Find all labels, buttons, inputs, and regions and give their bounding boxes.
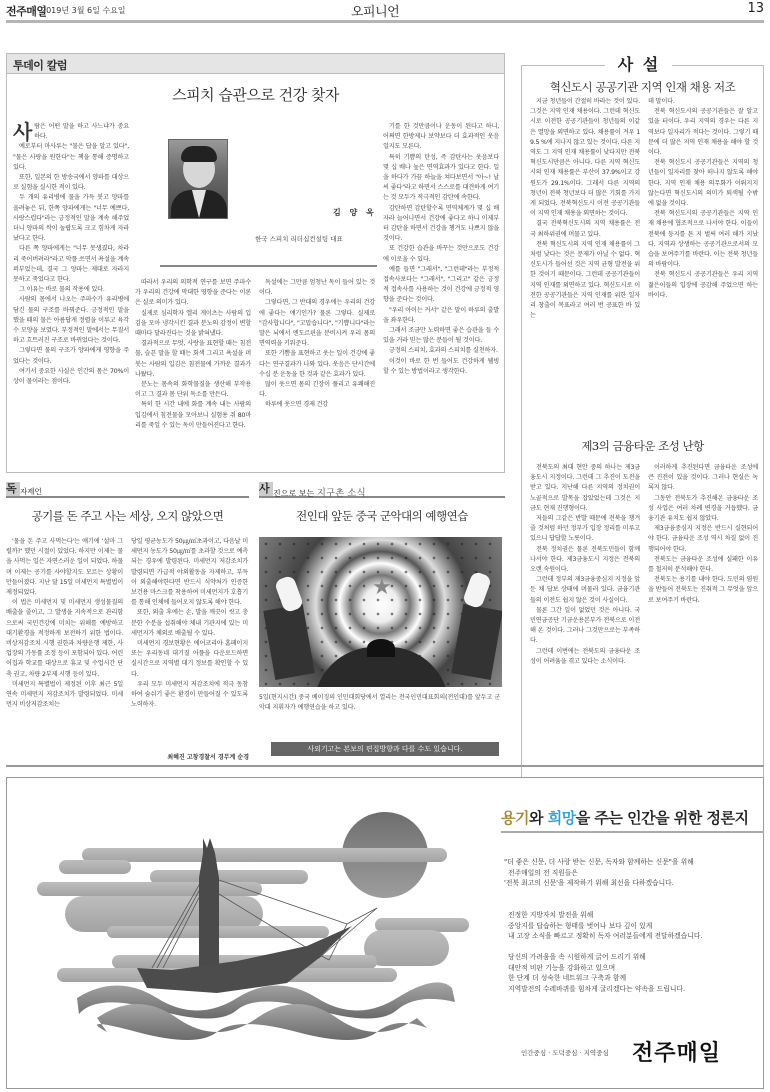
editorial-2-col-1: 전북도의 최대 현안 중의 하나는 제3금융도시 지정이다. 그런데 그 추진이…: [530, 463, 640, 667]
reader-header-label: 자제언: [20, 486, 42, 497]
masthead-rule: [6, 20, 764, 23]
author-name: 김 양 옥: [333, 207, 377, 218]
today-column-text-2: 따라서 우리의 의학적 연구를 보면 주파수가 우리의 건강에 막대한 영향을 …: [135, 278, 251, 431]
editorial-box: 혁신도시 공공기관 지역 인재 채용 저조 지금 청년들이 간절히 바라는 것이…: [521, 65, 764, 787]
ad-headline-rule: [501, 831, 764, 833]
reader-contribution-title: 공기를 돈 주고 사는 세상, 오지 않았으면: [6, 508, 249, 524]
author-portrait: [168, 139, 228, 219]
today-column-header: 투데이 칼럼: [7, 54, 504, 74]
ad-paragraph-1: "더 좋은 신문, 더 사랑 받는 신문, 독자와 함께하는 신문"을 위해 전…: [504, 857, 764, 889]
ad-logo: 전주매일: [632, 1036, 721, 1067]
editorial-title-2: 제3의 금융타운 조성 난항: [522, 438, 763, 454]
ad-headline-gold: 용기: [501, 809, 529, 827]
today-column-title: 스피치 습관으로 건강 찾자: [7, 84, 504, 105]
author-rule: [160, 265, 377, 267]
today-column-text-3: 독설에는 그만큼 엄청난 독이 들어 있는 것이다. 그렇다면, 그 반대의 경…: [259, 278, 375, 411]
world-news-photo: ★: [259, 537, 502, 687]
today-column-label: 투데이 칼럼: [13, 57, 67, 73]
today-column-text-4: 기를 한 것만큼이나 운동이 된다고 하니, 어쩌면 한방제나 보약보다 더 효…: [383, 122, 499, 377]
reader-header-initial: 독: [6, 482, 20, 496]
section-title: 오피니언: [351, 1, 399, 20]
reader-contribution-header: 독 자제언: [6, 482, 249, 498]
world-photo-header: 사 진으로 보는 지구촌 소식: [259, 482, 505, 498]
dropcap: 사: [13, 122, 32, 142]
disclaimer-banner: 사외기고는 본보의 편집방향과 다를 수도 있습니다.: [271, 742, 499, 756]
editorial-title-1: 혁신도시 공공기관 지역 인재 채용 저조: [522, 79, 763, 95]
today-column-text-1: 사 람은 어떤 말을 하고 사느냐가 중요하다. 예로부터 마사루는 "물은 답…: [13, 122, 129, 387]
reader-col-1: '물을 돈 주고 사먹는다'는 얘기에 '설마 그럴까?' 했던 시절이 있었다…: [6, 537, 123, 710]
issue-date: 2019년 3월 6일 수요일: [41, 5, 126, 16]
reader-byline: 최혜진 고창경찰서 경무계 순경: [130, 752, 249, 761]
world-header-initial: 사: [259, 482, 273, 496]
world-photo-title: 전인대 앞둔 중국 군악대의 예행연습: [259, 508, 505, 524]
world-header-accent: 지구촌 소식: [317, 488, 366, 499]
ad-headline-blue: 희망: [548, 809, 576, 827]
ad-headline: 용기와 희망을 주는 인간을 위한 정론지: [501, 807, 748, 828]
masthead: 전주매일 2019년 3월 6일 수요일 오피니언 13: [6, 0, 764, 22]
author-role: 한국 스피치 리더십컨설팅 대표: [255, 234, 343, 243]
reader-col-2: 당일 평균농도가 50㎍/㎥초과이고, 다음날 미세먼지 농도가 50㎍/㎥를 …: [131, 537, 248, 710]
world-header-label: 진으로 보는: [273, 489, 314, 498]
section-divider: [6, 765, 764, 767]
star-emblem-icon: ★: [372, 575, 392, 600]
ad-paragraph-3: 당신의 가려움을 속 시원하게 긁어 드리기 위해 대안적 비판 기능을 강화하…: [508, 952, 768, 994]
editorial-1-col-1: 지금 청년들이 간절히 바라는 것이 있다. 그것은 지역 인재 채용이다. 그…: [530, 97, 640, 321]
editorial-1-col-2: 데 말이다. 전북 혁신도시의 공공기관들은 잘 알고 있을 터이다. 우리 지…: [648, 97, 758, 301]
world-photo-caption: 5일(현지시간) 중국 베이징의 인민대회당에서 열리는 전국인민대표회의(전인…: [259, 693, 505, 713]
pen-ship-illustration: [7, 778, 469, 1090]
today-column-box: 투데이 칼럼 스피치 습관으로 건강 찾자 사 람은 어떤 말을 하고 사느냐가…: [6, 53, 505, 473]
ad-paragraph-2: 진정한 지방자치 발전을 위해 중앙지를 답습하는 형태를 벗어나 보다 깊이 …: [508, 910, 768, 942]
ad-slogan: 인간중심 · 도덕중심 · 지역중심: [521, 1048, 609, 1057]
page-number: 13: [747, 1, 764, 16]
editorial-2-col-2: 이러하게 추진된다면 금융타운 조성에 큰 진전이 있을 것이다. 그러나 현실…: [648, 463, 758, 606]
